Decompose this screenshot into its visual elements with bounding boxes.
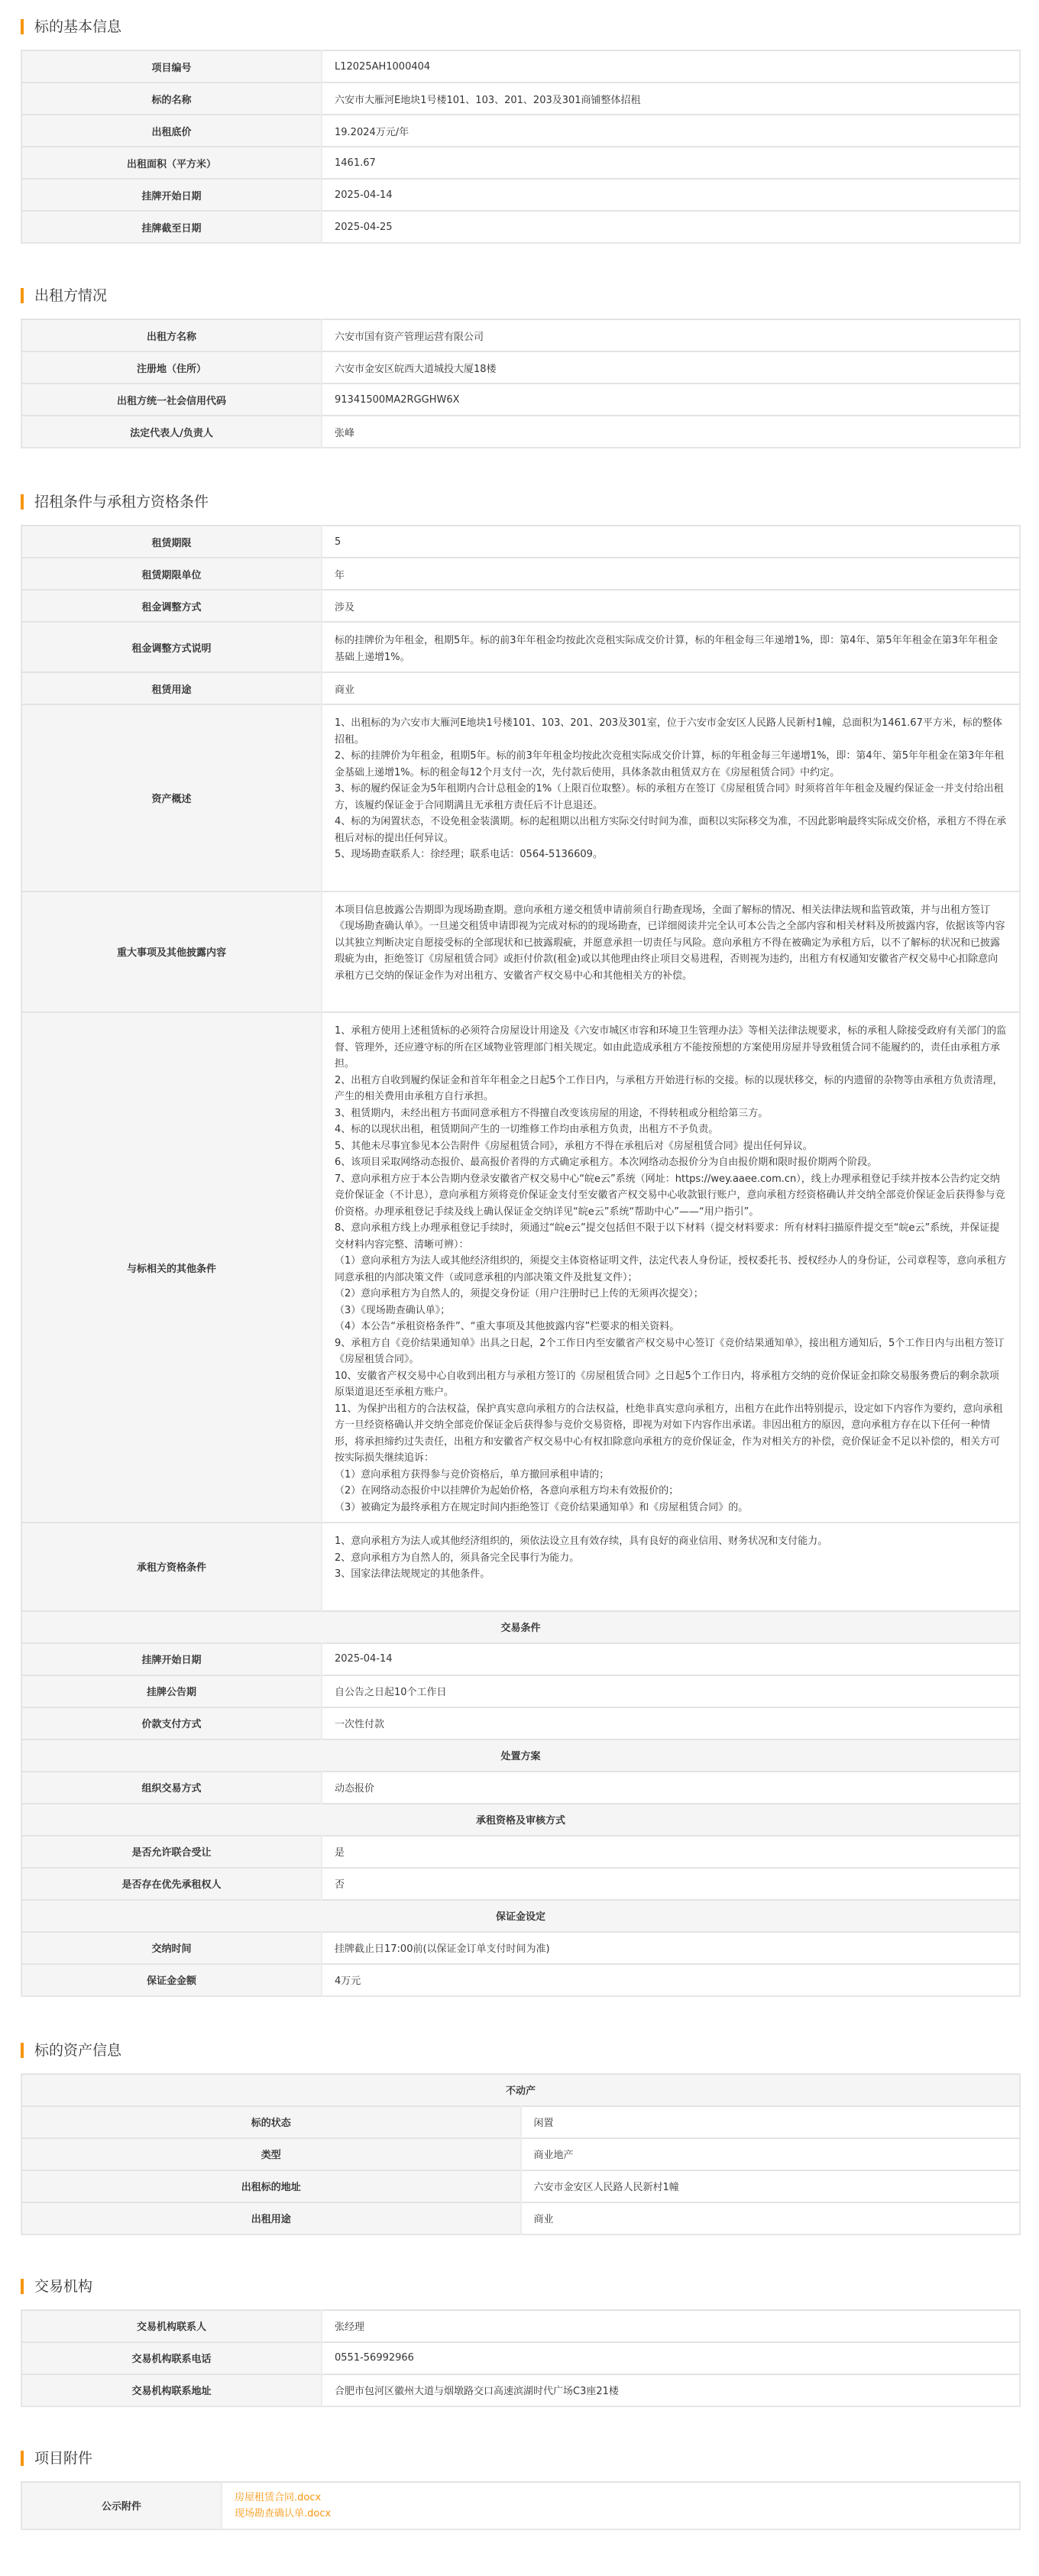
subhead-row: 承租资格及审核方式	[21, 1804, 1020, 1836]
table-row: 组织交易方式动态报价	[21, 1772, 1020, 1804]
accent-bar	[21, 2279, 24, 2294]
row-label: 公示附件	[21, 2482, 222, 2529]
paragraph: 1、承租方使用上述租赁标的必须符合房屋设计用途及《六安市城区市容和环境卫生管理办…	[335, 1023, 1007, 1073]
table-row: 是否允许联合受让是	[21, 1836, 1020, 1868]
section-agency: 交易机构 交易机构联系人张经理交易机构联系电话0551-56992966交易机构…	[0, 2279, 1039, 2407]
paragraph: 4、标的以现状出租，租赁期间产生的一切维修工作均由承租方负责，出租方不予负责。	[335, 1121, 1007, 1138]
paragraph: 7、意向承租方应于本公告期内登录安徽省产权交易中心“皖e云”系统（网址：http…	[335, 1171, 1007, 1221]
row-label: 租金调整方式说明	[21, 622, 322, 672]
table-row: 租赁用途商业	[21, 672, 1020, 704]
paragraph: 本项目信息披露公告期即为现场勘查期。意向承租方递交租赁申请前须自行勘查现场，全面…	[335, 902, 1007, 985]
row-label: 出租方名称	[21, 319, 322, 351]
section-heading: 标的基本信息	[21, 19, 1021, 34]
table-row: 项目编号L12025AH1000404	[21, 50, 1020, 83]
table-row: 类型商业地产	[21, 2138, 1020, 2170]
row-value: 2025-04-14	[322, 179, 1020, 211]
row-value: 张经理	[322, 2310, 1020, 2342]
row-label: 重大事项及其他披露内容	[21, 892, 322, 1013]
section-heading: 交易机构	[21, 2279, 1021, 2294]
row-label: 挂牌公告期	[21, 1675, 322, 1707]
qualification-text: 1、意向承租方为法人或其他经济组织的，须依法设立且有效存续，具有良好的商业信用、…	[322, 1523, 1020, 1611]
agency-table: 交易机构联系人张经理交易机构联系电话0551-56992966交易机构联系地址合…	[21, 2309, 1021, 2407]
paragraph: 11、为保护出租方的合法权益，保护真实意向承租方的合法权益，杜绝非真实意向承租方…	[335, 1401, 1007, 1467]
attachment-link-lease-contract[interactable]: 房屋租赁合同.docx	[235, 2490, 1007, 2506]
table-row: 交易机构联系电话0551-56992966	[21, 2342, 1020, 2374]
row-label: 出租标的地址	[21, 2170, 521, 2202]
row-label: 交易机构联系电话	[21, 2342, 322, 2374]
table-row: 交易机构联系人张经理	[21, 2310, 1020, 2342]
row-value: 张峰	[322, 416, 1020, 448]
section-heading: 出租方情况	[21, 288, 1021, 303]
paragraph: 2、标的挂牌价为年租金，租期5年。标的前3年年租金均按此次竞租实际成交价计算，标…	[335, 748, 1007, 781]
paragraph: 1、意向承租方为法人或其他经济组织的，须依法设立且有效存续，具有良好的商业信用、…	[335, 1533, 1007, 1550]
section-lessor: 出租方情况 出租方名称六安市国有资产管理运营有限公司注册地（住所）六安市金安区皖…	[0, 288, 1039, 448]
section-title-text: 交易机构	[34, 2279, 92, 2294]
row-value: 2025-04-14	[322, 1643, 1020, 1675]
paragraph: 3、租赁期内，未经出租方书面同意承租方不得擅自改变该房屋的用途，不得转租或分租给…	[335, 1105, 1007, 1122]
row-label: 法定代表人/负责人	[21, 416, 322, 448]
row-value: 91341500MA2RGGHW6X	[322, 383, 1020, 416]
row-label: 出租底价	[21, 115, 322, 147]
paragraph: （3）《现场勘查确认单》；	[335, 1303, 1007, 1319]
row-label: 价款支付方式	[21, 1707, 322, 1739]
row-value: 一次性付款	[322, 1707, 1020, 1739]
table-row: 标的名称六安市大雁河E地块1号楼101、103、201、203及301商铺整体招…	[21, 83, 1020, 115]
row-value: 商业	[521, 2202, 1021, 2235]
table-row: 出租面积（平方米）1461.67	[21, 147, 1020, 179]
row-value: 5	[322, 526, 1020, 558]
row-label: 出租面积（平方米）	[21, 147, 322, 179]
table-row: 租赁期限5	[21, 526, 1020, 558]
row-label: 挂牌截至日期	[21, 211, 322, 243]
paragraph: 8、意向承租方线上办理承租登记手续时，须通过“皖e云”提交包括但不限于以下材料（…	[335, 1220, 1007, 1253]
row-label: 出租方统一社会信用代码	[21, 383, 322, 416]
table-row: 出租标的地址六安市金安区人民路人民新村1幢	[21, 2170, 1020, 2202]
row-label: 挂牌开始日期	[21, 179, 322, 211]
row-label: 承租方资格条件	[21, 1523, 322, 1611]
table-row: 挂牌截至日期2025-04-25	[21, 211, 1020, 243]
paragraph: （1）意向承租方为法人或其他经济组织的，须提交主体资格证明文件，法定代表人身份证…	[335, 1253, 1007, 1286]
subhead-row: 不动产	[21, 2074, 1020, 2106]
table-row: 资产概述1、出租标的为六安市大雁河E地块1号楼101、103、201、203及3…	[21, 704, 1020, 892]
table-row: 租金调整方式涉及	[21, 590, 1020, 622]
attachments-table: 公示附件 房屋租赁合同.docx 现场勘查确认单.docx	[21, 2481, 1021, 2530]
row-label: 类型	[21, 2138, 521, 2170]
paragraph: 2、意向承租方为自然人的，须具备完全民事行为能力。	[335, 1550, 1007, 1567]
row-value: 是	[322, 1836, 1020, 1868]
table-row: 出租方名称六安市国有资产管理运营有限公司	[21, 319, 1020, 351]
row-value: 闲置	[521, 2106, 1021, 2138]
asset-table: 不动产 标的状态闲置类型商业地产出租标的地址六安市金安区人民路人民新村1幢出租用…	[21, 2073, 1021, 2235]
row-value: 19.2024万元/年	[322, 115, 1020, 147]
row-value: 自公告之日起10个工作日	[322, 1675, 1020, 1707]
major-matters-text: 本项目信息披露公告期即为现场勘查期。意向承租方递交租赁申请前须自行勘查现场，全面…	[322, 892, 1020, 1013]
paragraph: （1）意向承租方获得参与竞价资格后，单方撤回承租申请的；	[335, 1467, 1007, 1484]
paragraph: 5、其他未尽事宜参见本公告附件《房屋租赁合同》，承租方不得在承租后对《房屋租赁合…	[335, 1138, 1007, 1155]
table-row: 公示附件 房屋租赁合同.docx 现场勘查确认单.docx	[21, 2482, 1020, 2529]
attachment-link-site-survey[interactable]: 现场勘查确认单.docx	[235, 2506, 1007, 2522]
section-title-text: 标的资产信息	[34, 2043, 121, 2058]
paragraph: 9、承租方自《竞价结果通知单》出具之日起，2个工作日内至安徽省产权交易中心签订《…	[335, 1335, 1007, 1368]
table-row: 出租方统一社会信用代码91341500MA2RGGHW6X	[21, 383, 1020, 416]
subhead-row: 保证金设定	[21, 1900, 1020, 1932]
table-row: 挂牌开始日期2025-04-14	[21, 179, 1020, 211]
table-row: 与标相关的其他条件1、承租方使用上述租赁标的必须符合房屋设计用途及《六安市城区市…	[21, 1012, 1020, 1523]
section-title-text: 标的基本信息	[34, 19, 121, 34]
subhead-trade-terms: 交易条件	[21, 1611, 1020, 1643]
row-value: 否	[322, 1868, 1020, 1900]
section-title-text: 招租条件与承租方资格条件	[34, 494, 209, 510]
row-label: 交易机构联系地址	[21, 2374, 322, 2406]
paragraph: 3、标的履约保证金为5年租期内合计总租金的1%（上限百位取整）。标的承租方在签订…	[335, 781, 1007, 814]
row-value: 年	[322, 558, 1020, 590]
row-label: 资产概述	[21, 704, 322, 892]
table-row: 标的状态闲置	[21, 2106, 1020, 2138]
row-value: 六安市金安区皖西大道城投大厦18楼	[322, 351, 1020, 383]
row-value: 动态报价	[322, 1772, 1020, 1804]
conditions-table: 租赁期限5租赁期限单位年租金调整方式涉及租金调整方式说明标的挂牌价为年租金，租期…	[21, 525, 1021, 1997]
row-label: 保证金金额	[21, 1964, 322, 1996]
row-label: 项目编号	[21, 50, 322, 83]
accent-bar	[21, 19, 24, 34]
row-value: 六安市国有资产管理运营有限公司	[322, 319, 1020, 351]
asset-overview-text: 1、出租标的为六安市大雁河E地块1号楼101、103、201、203及301室，…	[322, 704, 1020, 892]
table-row: 注册地（住所）六安市金安区皖西大道城投大厦18楼	[21, 351, 1020, 383]
row-value: 4万元	[322, 1964, 1020, 1996]
section-asset-info: 标的资产信息 不动产 标的状态闲置类型商业地产出租标的地址六安市金安区人民路人民…	[0, 2043, 1039, 2235]
section-title-text: 项目附件	[34, 2451, 92, 2466]
table-row: 交易机构联系地址合肥市包河区徽州大道与烟墩路交口高速滨湖时代广场C3座21楼	[21, 2374, 1020, 2406]
accent-bar	[21, 494, 24, 510]
row-label: 租金调整方式	[21, 590, 322, 622]
row-value: 六安市金安区人民路人民新村1幢	[521, 2170, 1021, 2202]
basic-info-table: 项目编号L12025AH1000404标的名称六安市大雁河E地块1号楼101、1…	[21, 50, 1021, 244]
subhead-row: 交易条件	[21, 1611, 1020, 1643]
table-row: 重大事项及其他披露内容本项目信息披露公告期即为现场勘查期。意向承租方递交租赁申请…	[21, 892, 1020, 1013]
row-label: 是否允许联合受让	[21, 1836, 322, 1868]
row-label: 出租用途	[21, 2202, 521, 2235]
subhead-qualification-review: 承租资格及审核方式	[21, 1804, 1020, 1836]
table-row: 挂牌开始日期2025-04-14	[21, 1643, 1020, 1675]
section-heading: 招租条件与承租方资格条件	[21, 494, 1021, 510]
subhead-real-estate: 不动产	[21, 2074, 1020, 2106]
paragraph: 4、标的为闲置状态，不设免租金装潢期。标的起租期以出租方实际交付时间为准，面积以…	[335, 814, 1007, 846]
row-label: 组织交易方式	[21, 1772, 322, 1804]
subhead-row: 处置方案	[21, 1739, 1020, 1772]
row-value: 合肥市包河区徽州大道与烟墩路交口高速滨湖时代广场C3座21楼	[322, 2374, 1020, 2406]
section-title-text: 出租方情况	[34, 288, 107, 303]
row-value: 1461.67	[322, 147, 1020, 179]
section-attachments: 项目附件 公示附件 房屋租赁合同.docx 现场勘查确认单.docx	[0, 2451, 1039, 2530]
row-label: 标的名称	[21, 83, 322, 115]
table-row: 价款支付方式一次性付款	[21, 1707, 1020, 1739]
table-row: 租赁期限单位年	[21, 558, 1020, 590]
row-label: 是否存在优先承租权人	[21, 1868, 322, 1900]
paragraph: （4）本公告“承租资格条件”、“重大事项及其他披露内容”栏要求的相关资料。	[335, 1319, 1007, 1335]
table-row: 承租方资格条件1、意向承租方为法人或其他经济组织的，须依法设立且有效存续，具有良…	[21, 1523, 1020, 1611]
row-value: 2025-04-25	[322, 211, 1020, 243]
row-label: 交纳时间	[21, 1932, 322, 1964]
accent-bar	[21, 2043, 24, 2058]
table-row: 挂牌公告期自公告之日起10个工作日	[21, 1675, 1020, 1707]
table-row: 交纳时间挂牌截止日17:00前(以保证金订单支付时间为准)	[21, 1932, 1020, 1964]
table-row: 出租用途商业	[21, 2202, 1020, 2235]
subhead-disposal-plan: 处置方案	[21, 1739, 1020, 1772]
table-row: 租金调整方式说明标的挂牌价为年租金，租期5年。标的前3年年租金均按此次竞租实际成…	[21, 622, 1020, 672]
table-row: 保证金金额4万元	[21, 1964, 1020, 1996]
row-label: 租赁期限	[21, 526, 322, 558]
subhead-deposit-settings: 保证金设定	[21, 1900, 1020, 1932]
row-label: 与标相关的其他条件	[21, 1012, 322, 1523]
lessor-table: 出租方名称六安市国有资产管理运营有限公司注册地（住所）六安市金安区皖西大道城投大…	[21, 319, 1021, 448]
paragraph: 3、国家法律法规规定的其他条件。	[335, 1566, 1007, 1583]
paragraph: 1、出租标的为六安市大雁河E地块1号楼101、103、201、203及301室，…	[335, 715, 1007, 748]
row-value: 挂牌截止日17:00前(以保证金订单支付时间为准)	[322, 1932, 1020, 1964]
other-conditions-text: 1、承租方使用上述租赁标的必须符合房屋设计用途及《六安市城区市容和环境卫生管理办…	[322, 1012, 1020, 1523]
attachment-list: 房屋租赁合同.docx 现场勘查确认单.docx	[222, 2482, 1020, 2529]
row-label: 注册地（住所）	[21, 351, 322, 383]
row-label: 挂牌开始日期	[21, 1643, 322, 1675]
row-value: L12025AH1000404	[322, 50, 1020, 83]
accent-bar	[21, 2451, 24, 2466]
row-label: 交易机构联系人	[21, 2310, 322, 2342]
row-value: 标的挂牌价为年租金，租期5年。标的前3年年租金均按此次竞租实际成交价计算，标的年…	[322, 622, 1020, 672]
table-row: 法定代表人/负责人张峰	[21, 416, 1020, 448]
paragraph: 5、现场勘查联系人：徐经理；联系电话：0564-5136609。	[335, 846, 1007, 863]
table-row: 出租底价19.2024万元/年	[21, 115, 1020, 147]
section-conditions: 招租条件与承租方资格条件 租赁期限5租赁期限单位年租金调整方式涉及租金调整方式说…	[0, 494, 1039, 1997]
row-value: 0551-56992966	[322, 2342, 1020, 2374]
paragraph: （2）意向承租方为自然人的，须提交身份证（用户注册时已上传的无须再次提交）；	[335, 1286, 1007, 1303]
paragraph: （3）被确定为最终承租方在规定时间内拒绝签订《竞价结果通知单》和《房屋租赁合同》…	[335, 1500, 1007, 1516]
row-label: 租赁期限单位	[21, 558, 322, 590]
row-value: 涉及	[322, 590, 1020, 622]
table-row: 是否存在优先承租权人否	[21, 1868, 1020, 1900]
section-heading: 项目附件	[21, 2451, 1021, 2466]
row-value: 六安市大雁河E地块1号楼101、103、201、203及301商铺整体招租	[322, 83, 1020, 115]
paragraph: （2）在网络动态报价中以挂牌价为起始价格，各意向承租方均未有效报价的；	[335, 1483, 1007, 1500]
paragraph: 10、安徽省产权交易中心自收到出租方与承租方签订的《房屋租赁合同》之日起5个工作…	[335, 1368, 1007, 1401]
row-value: 商业地产	[521, 2138, 1021, 2170]
paragraph: 2、出租方自收到履约保证金和首年年租金之日起5个工作日内，与承租方开始进行标的交…	[335, 1073, 1007, 1105]
row-label: 标的状态	[21, 2106, 521, 2138]
row-value: 商业	[322, 672, 1020, 704]
row-label: 租赁用途	[21, 672, 322, 704]
paragraph: 6、该项目采取网络动态报价、最高报价者得的方式确定承租方。本次网络动态报价分为自…	[335, 1154, 1007, 1171]
section-basic-info: 标的基本信息 项目编号L12025AH1000404标的名称六安市大雁河E地块1…	[0, 19, 1039, 244]
accent-bar	[21, 288, 24, 303]
section-heading: 标的资产信息	[21, 2043, 1021, 2058]
